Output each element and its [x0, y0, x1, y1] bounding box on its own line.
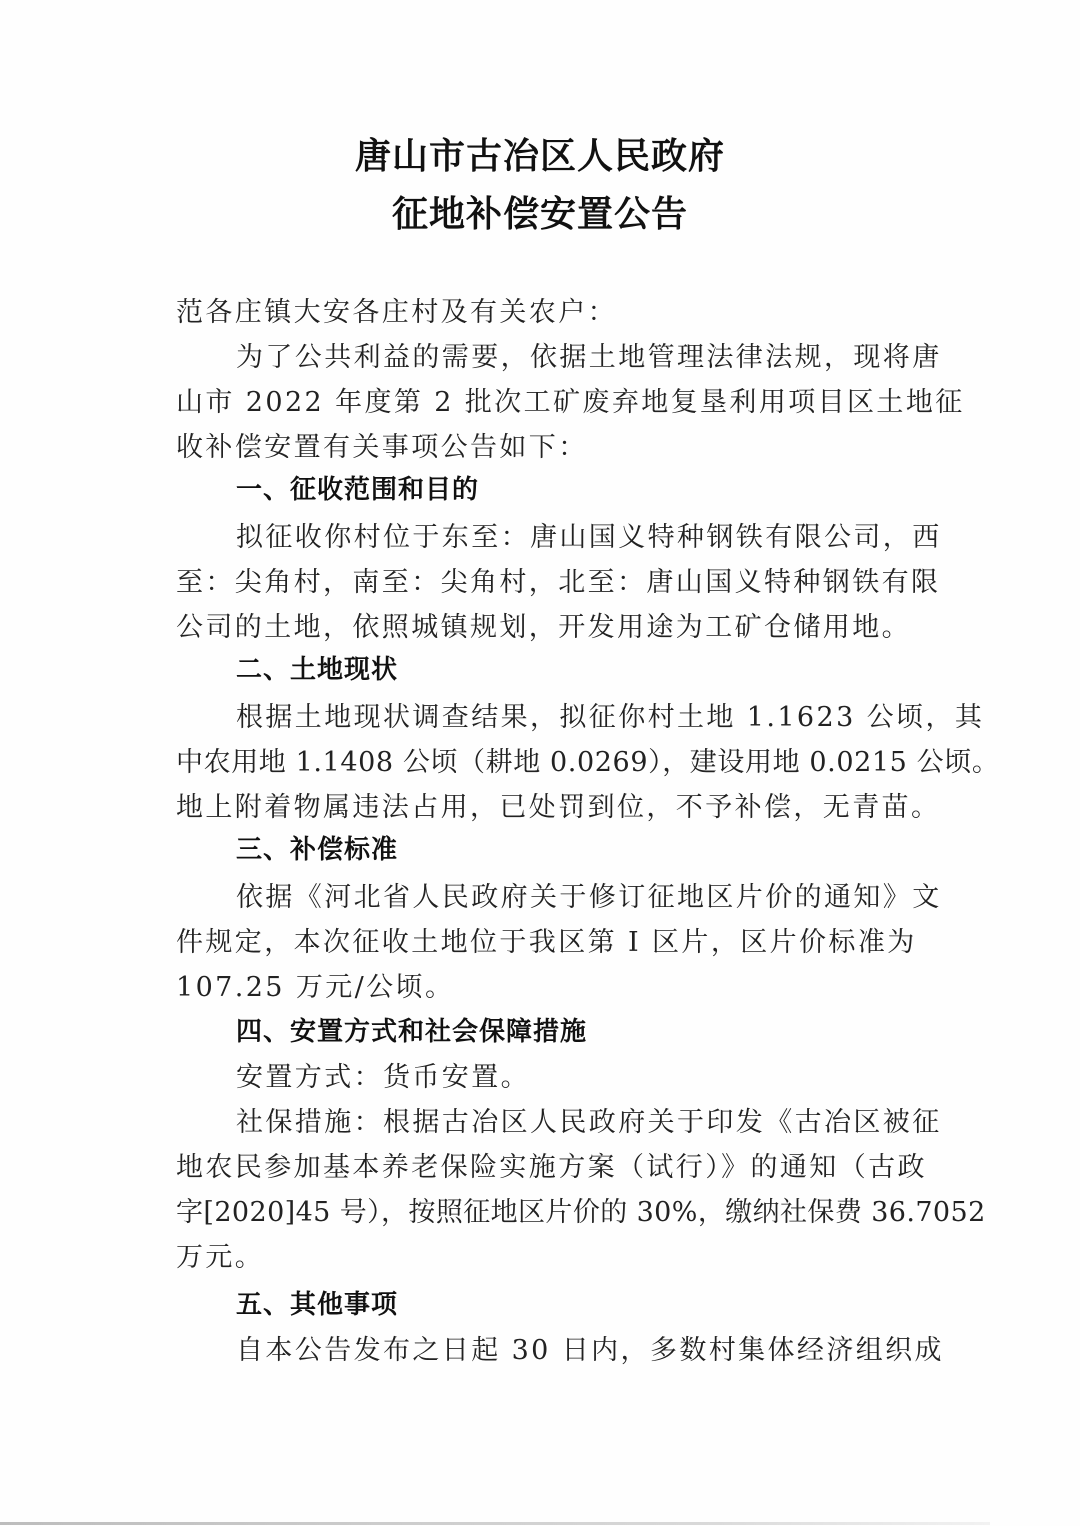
- section-2-line-1: 根据土地现状调查结果，拟征你村土地 1.1623 公顷，其: [236, 695, 936, 740]
- intro-line-3: 收补偿安置有关事项公告如下：: [176, 425, 936, 470]
- section-4-line-3: 地农民参加基本养老保险实施方案（试行）》的通知（古政: [176, 1145, 936, 1190]
- intro-line-1: 为了公共利益的需要，依据土地管理法律法规，现将唐: [236, 335, 936, 380]
- section-3-line-1: 依据《河北省人民政府关于修订征地区片价的通知》文: [236, 875, 936, 920]
- section-3-line-3: 107.25 万元/公顷。: [176, 965, 936, 1010]
- section-2-line-3: 地上附着物属违法占用，已处罚到位，不予补偿，无青苗。: [176, 785, 936, 830]
- section-heading-2: 二、土地现状: [236, 648, 398, 693]
- document-title-line2: 征地补偿安置公告: [0, 186, 1080, 237]
- document-page: 唐山市古冶区人民政府 征地补偿安置公告 范各庄镇大安各庄村及有关农户： 为了公共…: [0, 0, 1080, 1526]
- document-title-line1: 唐山市古冶区人民政府: [0, 128, 1080, 179]
- section-1-line-3: 公司的土地，依照城镇规划，开发用途为工矿仓储用地。: [176, 605, 936, 650]
- page-bottom-edge: [0, 1522, 990, 1525]
- section-heading-5: 五、其他事项: [236, 1283, 398, 1328]
- section-3-line-2: 件规定，本次征收土地位于我区第 I 区片，区片价标准为: [176, 920, 936, 965]
- section-heading-4: 四、安置方式和社会保障措施: [236, 1010, 587, 1055]
- section-4-line-5: 万元。: [176, 1235, 936, 1280]
- section-heading-3: 三、补偿标准: [236, 828, 398, 873]
- section-2-line-2: 中农用地 1.1408 公顷（耕地 0.0269），建设用地 0.0215 公顷…: [176, 740, 936, 785]
- section-4-line-4: 字[2020]45 号），按照征地区片价的 30%，缴纳社保费 36.7052: [176, 1190, 936, 1235]
- section-4-line-1: 安置方式：货币安置。: [236, 1055, 936, 1100]
- salutation: 范各庄镇大安各庄村及有关农户：: [176, 290, 936, 335]
- section-1-line-1: 拟征收你村位于东至：唐山国义特种钢铁有限公司，西: [236, 515, 936, 560]
- section-heading-1: 一、征收范围和目的: [236, 468, 479, 513]
- section-5-line-1: 自本公告发布之日起 30 日内，多数村集体经济组织成: [236, 1328, 936, 1373]
- section-1-line-2: 至：尖角村，南至：尖角村，北至：唐山国义特种钢铁有限: [176, 560, 936, 605]
- intro-line-2: 山市 2022 年度第 2 批次工矿废弃地复垦利用项目区土地征: [176, 380, 936, 425]
- section-4-line-2: 社保措施：根据古冶区人民政府关于印发《古冶区被征: [236, 1100, 936, 1145]
